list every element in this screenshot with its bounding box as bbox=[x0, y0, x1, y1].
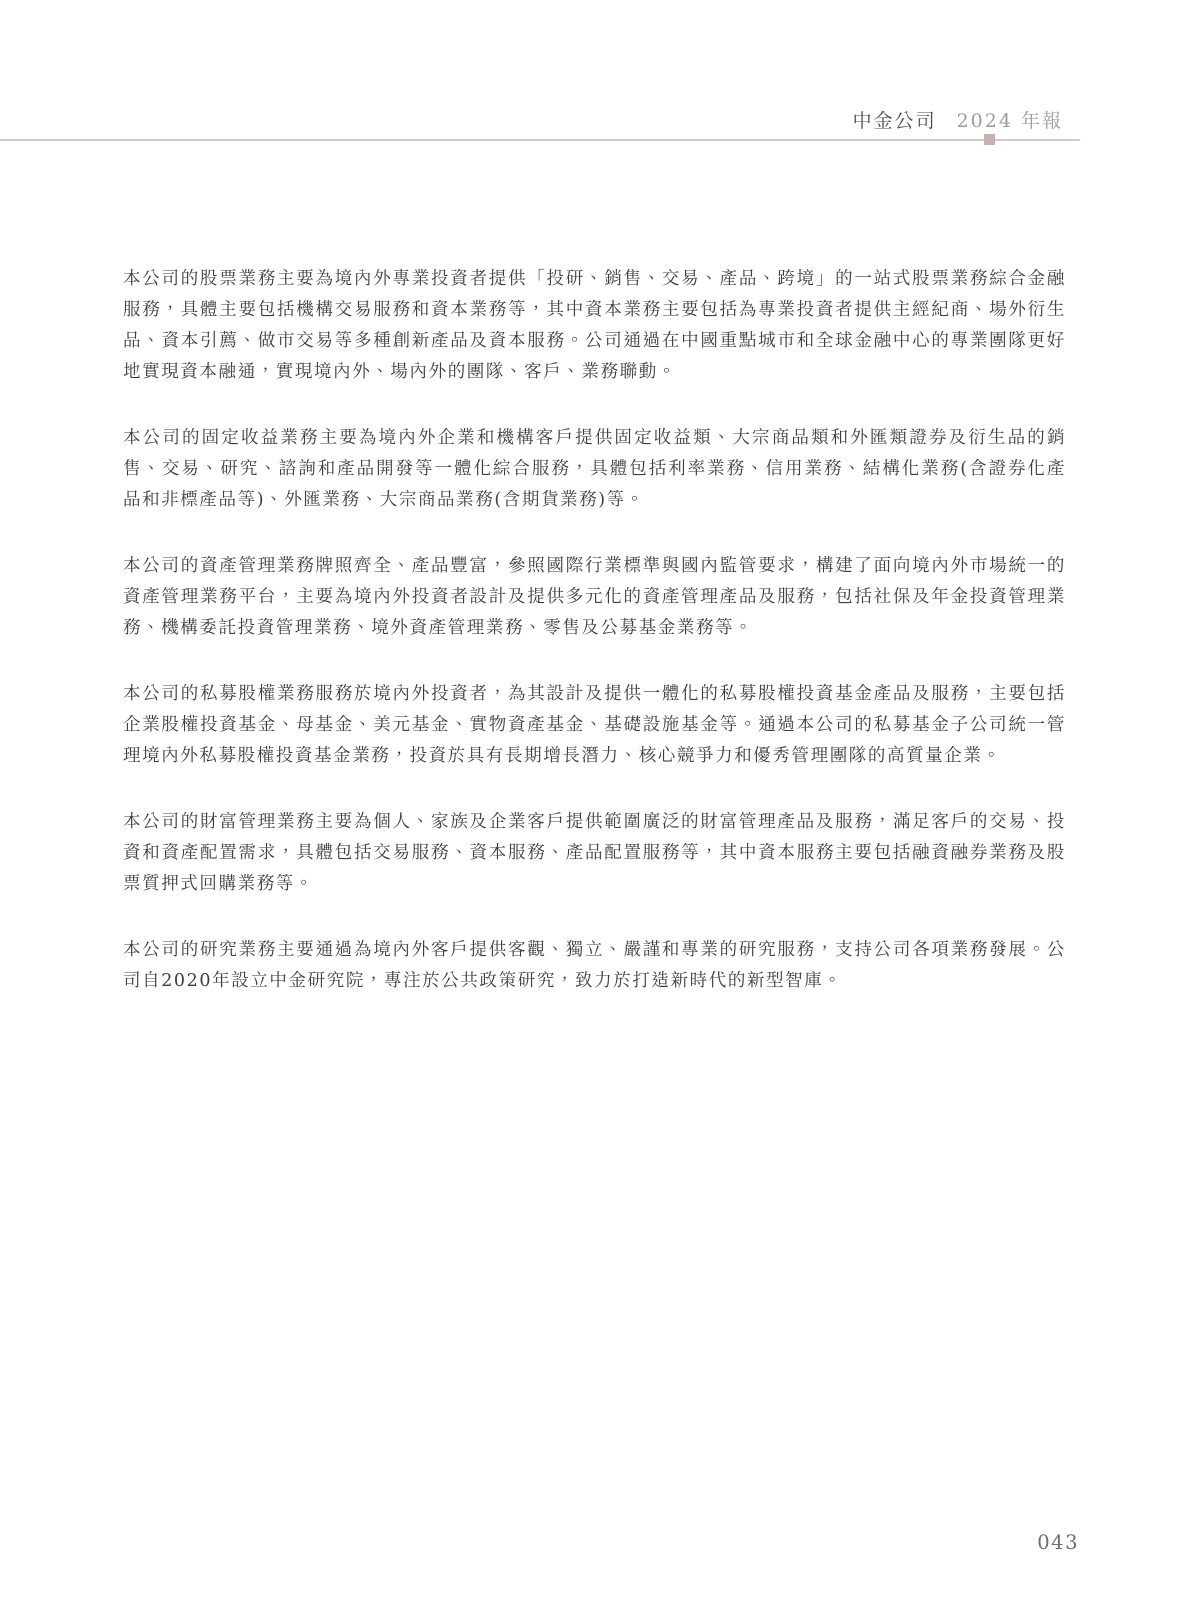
paragraph-research-business: 本公司的研究業務主要通過為境內外客戶提供客觀、獨立、嚴謹和專業的研究服務，支持公… bbox=[123, 935, 1066, 997]
header-company-name: 中金公司 bbox=[853, 110, 937, 132]
header-rule bbox=[0, 139, 1080, 141]
paragraph-equities-business: 本公司的股票業務主要為境內外專業投資者提供「投研、銷售、交易、產品、跨境」的一站… bbox=[123, 264, 1066, 388]
page-number: 043 bbox=[1037, 1531, 1079, 1554]
paragraph-fixed-income-business: 本公司的固定收益業務主要為境內外企業和機構客戶提供固定收益類、大宗商品類和外匯類… bbox=[123, 423, 1066, 516]
paragraph-asset-management-business: 本公司的資產管理業務牌照齊全、產品豐富，參照國際行業標準與國內監管要求，構建了面… bbox=[123, 551, 1066, 644]
header-report-year: 2024 年報 bbox=[957, 110, 1063, 132]
header-rule-marker bbox=[984, 134, 995, 145]
report-page: 中金公司2024 年報 本公司的股票業務主要為境內外專業投資者提供「投研、銷售、… bbox=[0, 0, 1190, 1615]
page-header: 中金公司2024 年報 bbox=[853, 106, 1063, 133]
paragraph-wealth-management-business: 本公司的財富管理業務主要為個人、家族及企業客戶提供範圍廣泛的財富管理產品及服務，… bbox=[123, 807, 1066, 900]
paragraph-private-equity-business: 本公司的私募股權業務服務於境內外投資者，為其設計及提供一體化的私募股權投資基金產… bbox=[123, 679, 1066, 772]
body-content: 本公司的股票業務主要為境內外專業投資者提供「投研、銷售、交易、產品、跨境」的一站… bbox=[123, 264, 1066, 1032]
